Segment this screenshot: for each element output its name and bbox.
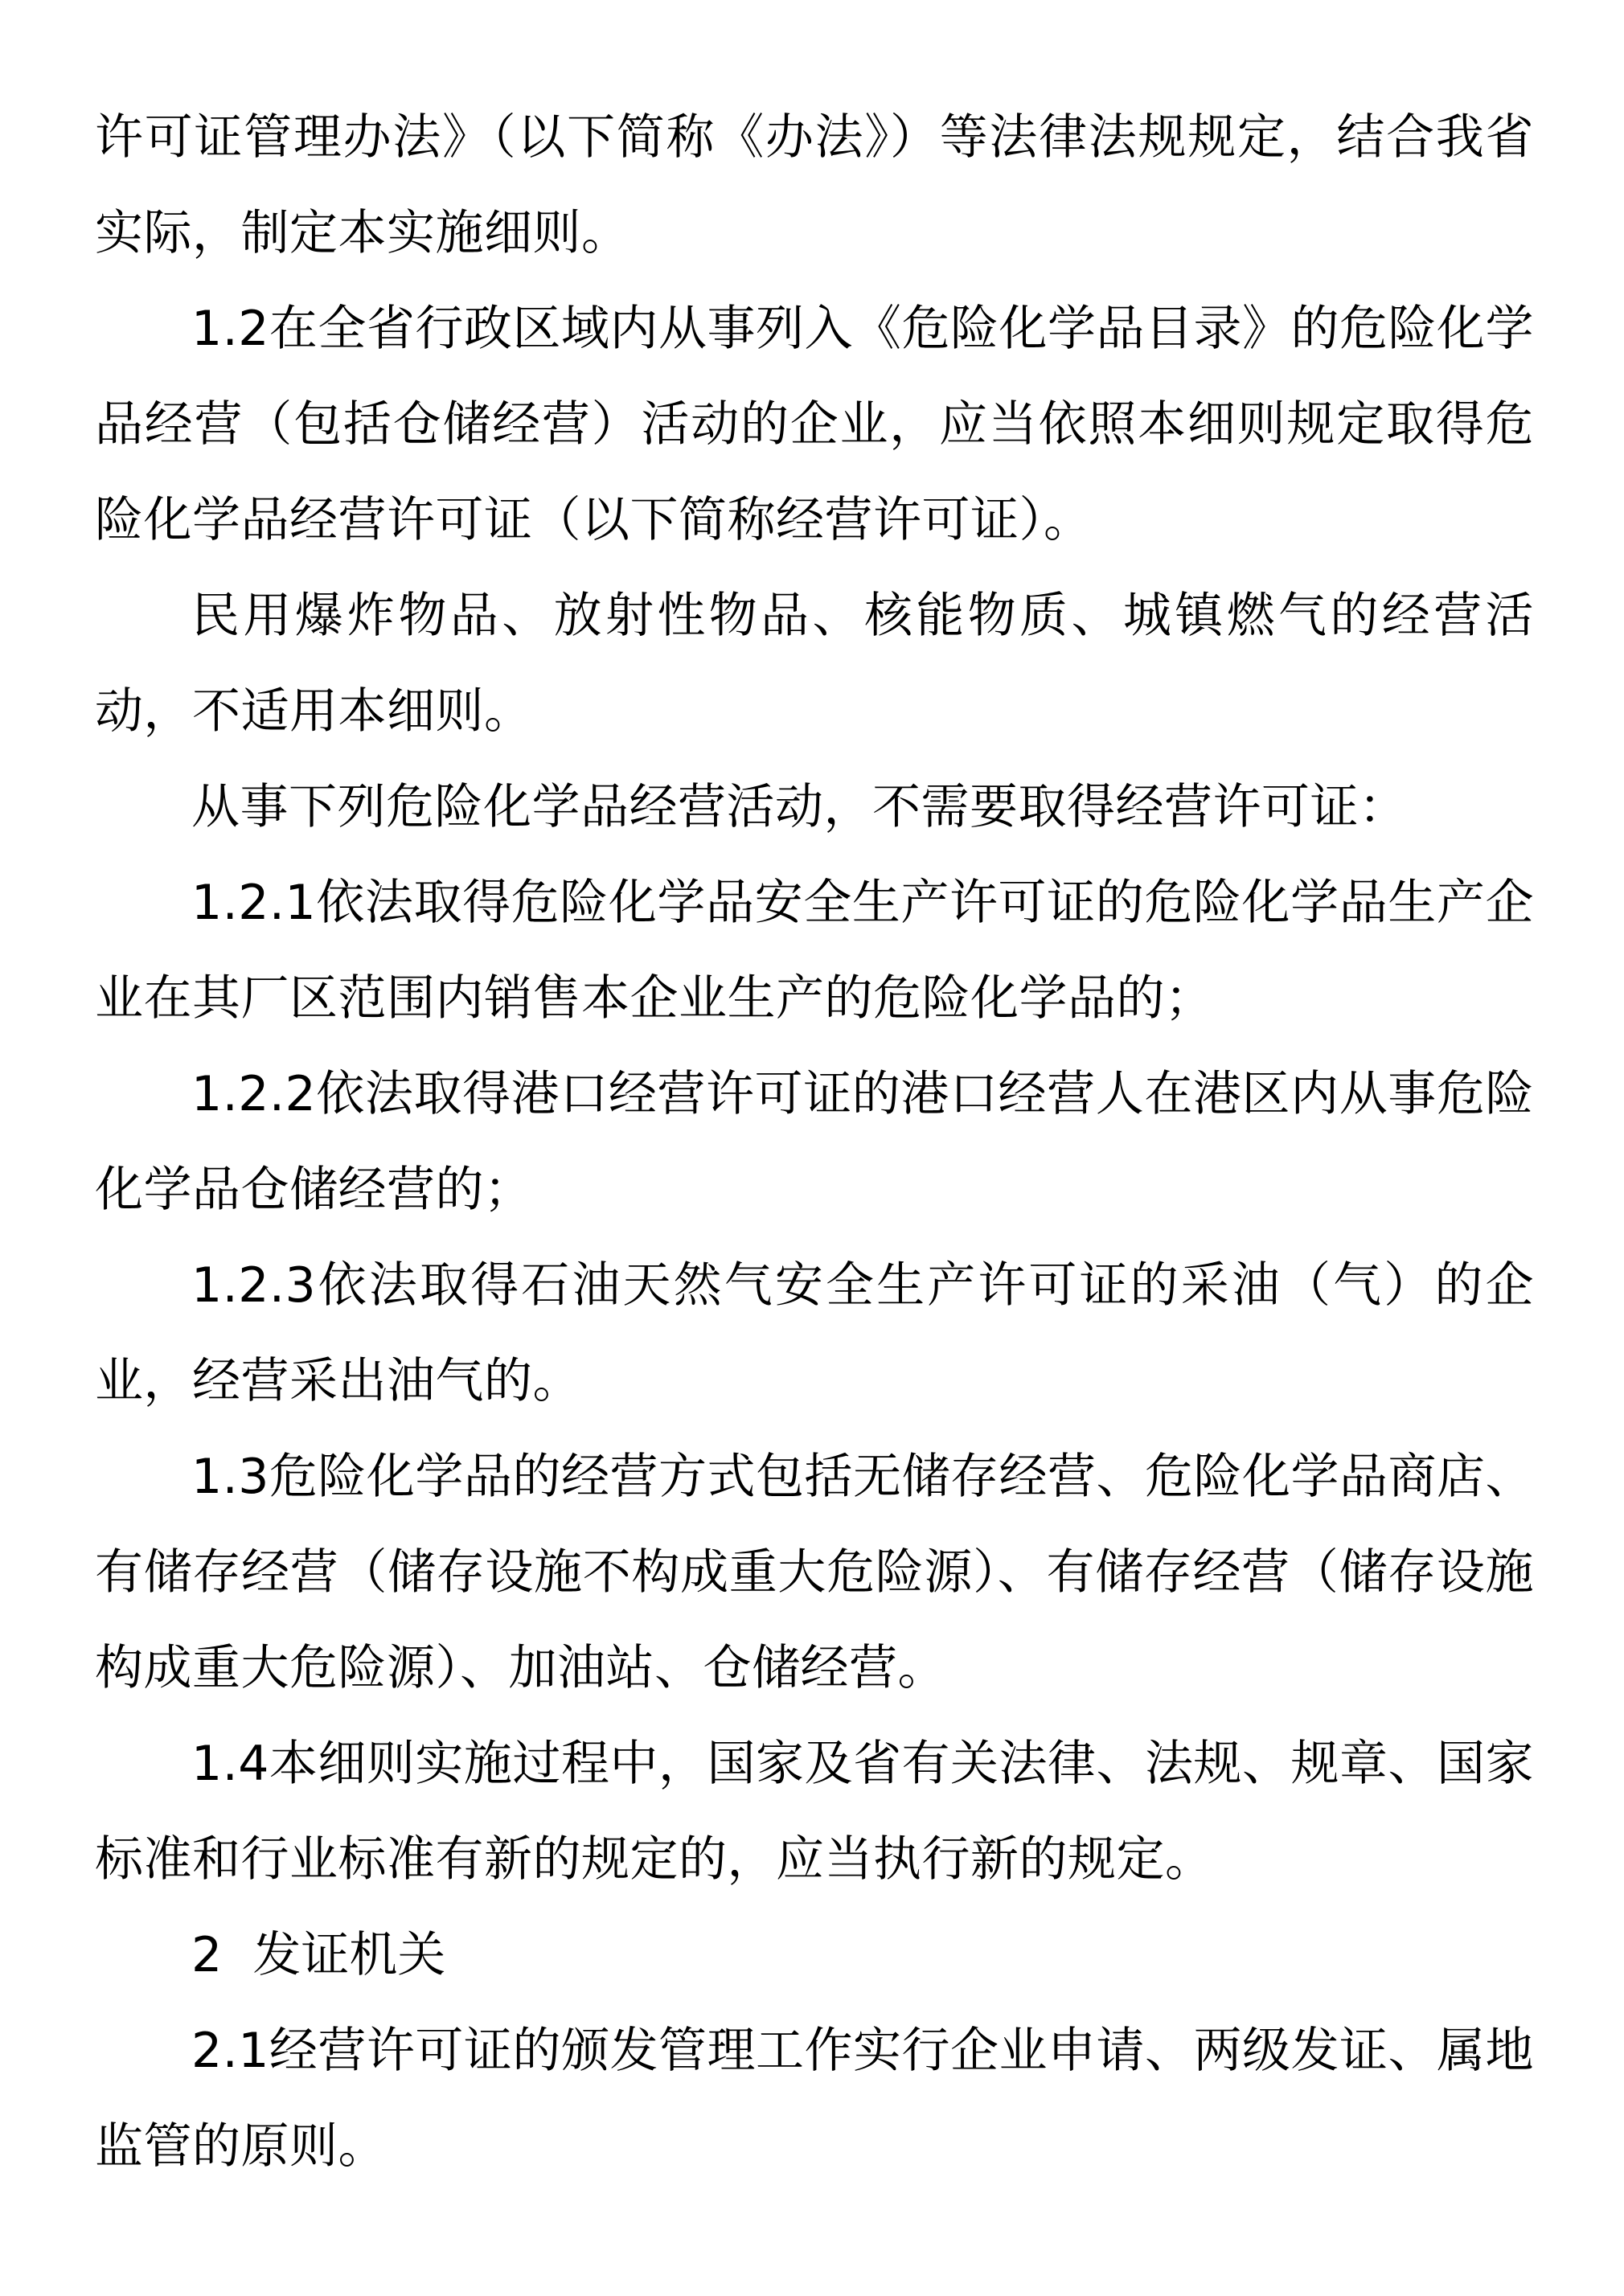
paragraph-1-3-business-modes: 1.3危险化学品的经营方式包括无储存经营、危险化学品商店、有储存经营（储存设施不…	[95, 1429, 1534, 1716]
document-page: 许可证管理办法》（以下简称《办法》）等法律法规规定，结合我省实际，制定本实施细则…	[95, 90, 1534, 2195]
paragraph-1-2-1: 1.2.1依法取得危险化学品安全生产许可证的危险化学品生产企业在其厂区范围内销售…	[95, 855, 1534, 1047]
paragraph-exemptions-intro: 从事下列危险化学品经营活动，不需要取得经营许可证：	[95, 760, 1534, 855]
paragraph-1-2-2: 1.2.2依法取得港口经营许可证的港口经营人在港区内从事危险化学品仓储经营的；	[95, 1047, 1534, 1238]
paragraph-intro-continuation: 许可证管理办法》（以下简称《办法》）等法律法规规定，结合我省实际，制定本实施细则…	[95, 90, 1534, 281]
paragraph-1-2-scope: 1.2在全省行政区域内从事列入《危险化学品目录》的危险化学品经营（包括仓储经营）…	[95, 281, 1534, 568]
paragraph-2-1-principles: 2.1经营许可证的颁发管理工作实行企业申请、两级发证、属地监管的原则。	[95, 2003, 1534, 2195]
paragraph-exclusions: 民用爆炸物品、放射性物品、核能物质、城镇燃气的经营活动，不适用本细则。	[95, 568, 1534, 760]
section-heading-issuing-authority: 2 发证机关	[95, 1908, 1534, 2003]
paragraph-1-4-new-regulations: 1.4本细则实施过程中，国家及省有关法律、法规、规章、国家标准和行业标准有新的规…	[95, 1716, 1534, 1908]
paragraph-1-2-3: 1.2.3依法取得石油天然气安全生产许可证的采油（气）的企业，经营采出油气的。	[95, 1238, 1534, 1429]
